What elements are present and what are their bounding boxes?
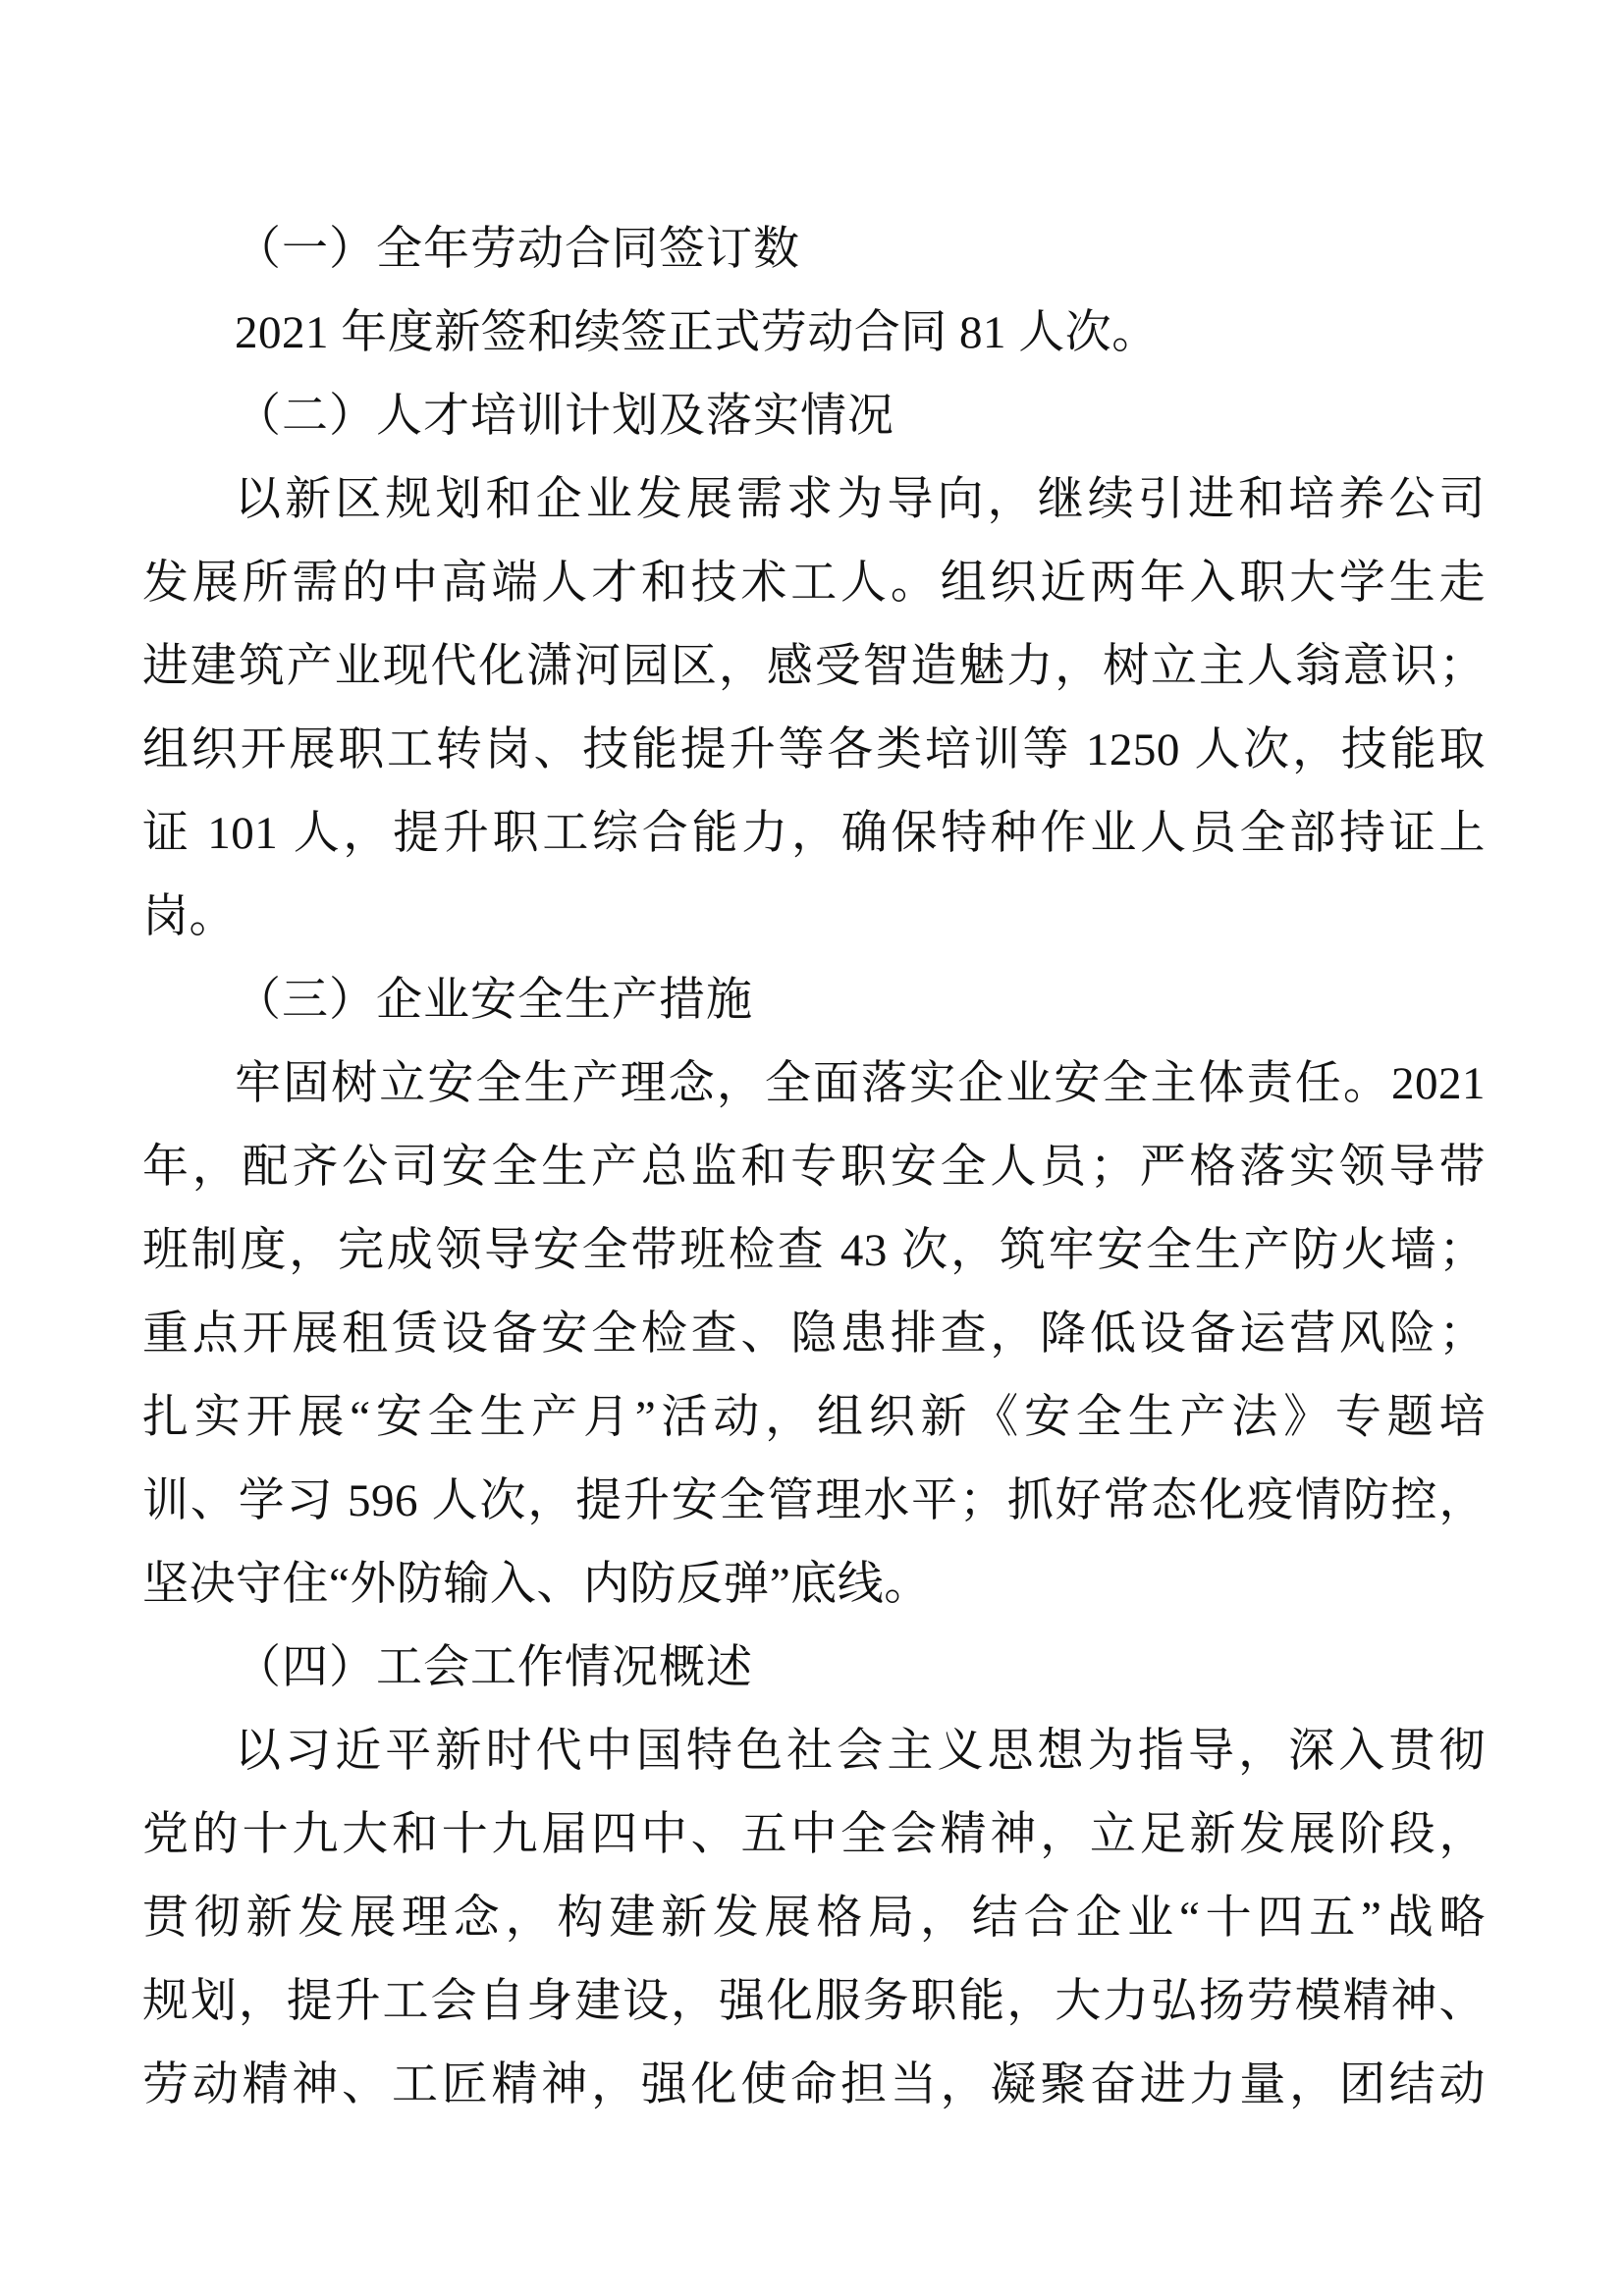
text-line: 年，配齐公司安全生产总监和专职安全人员；严格落实领导带 [142,1126,1486,1209]
section-heading: （二）人才培训计划及落实情况 [142,375,1486,458]
text-line: 党的十九大和十九届四中、五中全会精神，立足新发展阶段， [142,1793,1486,1877]
text-line: 组织开展职工转岗、技能提升等各类培训等 1250 人次，技能取 [142,709,1486,792]
text-line: 班制度，完成领导安全带班检查 43 次，筑牢安全生产防火墙； [142,1209,1486,1293]
text-line: 以习近平新时代中国特色社会主义思想为指导，深入贯彻 [142,1710,1486,1793]
text-line: 规划，提升工会自身建设，强化服务职能，大力弘扬劳模精神、 [142,1960,1486,2044]
text-line: 坚决守住“外防输入、内防反弹”底线。 [142,1543,1486,1627]
text-line: 进建筑产业现代化潇河园区，感受智造魅力，树立主人翁意识； [142,625,1486,709]
text-line: 重点开展租赁设备安全检查、隐患排查，降低设备运营风险； [142,1293,1486,1376]
section-heading: （一）全年劳动合同签订数 [142,208,1486,292]
section-heading: （三）企业安全生产措施 [142,959,1486,1042]
text-line: 贯彻新发展理念，构建新发展格局，结合企业“十四五”战略 [142,1877,1486,1960]
text-line: 训、学习 596 人次，提升安全管理水平；抓好常态化疫情防控， [142,1460,1486,1543]
text-line: 2021 年度新签和续签正式劳动合同 81 人次。 [142,292,1486,375]
text-line: 牢固树立安全生产理念，全面落实企业安全主体责任。2021 [142,1042,1486,1126]
text-line: 岗。 [142,876,1486,959]
text-line: 以新区规划和企业发展需求为导向，继续引进和培养公司 [142,458,1486,542]
document-page: （一）全年劳动合同签订数2021 年度新签和续签正式劳动合同 81 人次。（二）… [0,0,1624,2296]
text-line: 扎实开展“安全生产月”活动，组织新《安全生产法》专题培 [142,1376,1486,1460]
text-line: 证 101 人，提升职工综合能力，确保特种作业人员全部持证上 [142,792,1486,876]
text-line: 发展所需的中高端人才和技术工人。组织近两年入职大学生走 [142,542,1486,625]
document-text-area: （一）全年劳动合同签订数2021 年度新签和续签正式劳动合同 81 人次。（二）… [142,208,1486,2127]
section-heading: （四）工会工作情况概述 [142,1627,1486,1710]
text-line: 劳动精神、工匠精神，强化使命担当，凝聚奋进力量，团结动 [142,2044,1486,2127]
